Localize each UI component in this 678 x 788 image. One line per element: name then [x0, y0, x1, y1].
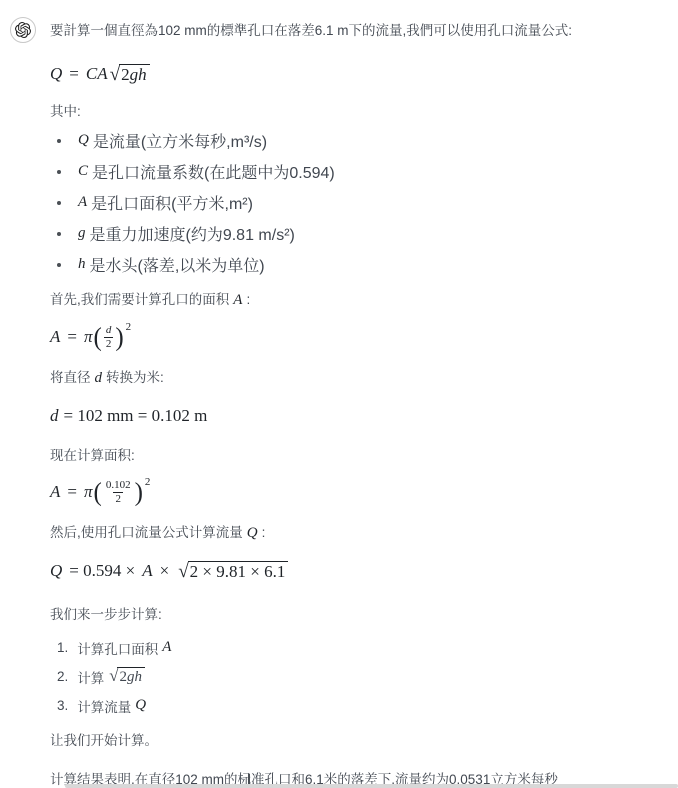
equals-sign: =	[67, 327, 77, 347]
math-var-q: Q	[50, 64, 62, 84]
conversion-expression: = 102 mm = 0.102 m	[64, 406, 208, 426]
math-var: Q	[78, 132, 89, 149]
radicand: 2 × 9.81 × 6.1	[188, 561, 289, 582]
exponent: 2	[145, 476, 151, 488]
assistant-message: 要計算一個直徑為102 mm的標準孔口在落差6.1 m下的流量,我們可以使用孔口…	[50, 14, 662, 788]
math-var-a: A	[50, 482, 60, 502]
right-paren: )	[135, 479, 143, 505]
pi-symbol: π	[84, 327, 93, 347]
step-item: 3. 计算流量 Q	[50, 695, 662, 716]
openai-logo-icon	[15, 22, 31, 38]
flow-coefficients: = 0.594 ×	[69, 561, 135, 581]
paragraph-text: 将直径	[50, 367, 91, 388]
step-item: 2. 计算 √ 2gh	[50, 666, 662, 687]
right-paren: )	[115, 324, 123, 350]
area-intro-paragraph: 首先,我们需要计算孔口的面积 A :	[50, 289, 662, 311]
bullet-dot	[57, 263, 61, 267]
math-var-ca: CA	[86, 64, 108, 84]
bullet-text: 是流量(立方米每秒,m³/s)	[93, 129, 267, 152]
where-label: 其中:	[50, 101, 662, 122]
horizontal-scrollbar[interactable]	[65, 784, 678, 788]
paragraph-text: :	[262, 522, 266, 543]
fraction-numerator: 0.102	[104, 479, 133, 492]
radicand: 2gh	[119, 64, 150, 85]
radicand: 2gh	[117, 667, 145, 686]
radical-icon: √	[109, 668, 118, 685]
fraction: 0.102 2	[104, 479, 133, 505]
formula-area-symbolic: A = π ( d 2 ) 2	[50, 319, 662, 355]
list-item: h 是水头(落差,以米为单位)	[50, 254, 662, 275]
step-text: 计算流量	[77, 696, 131, 716]
math-var-d: d	[50, 406, 59, 426]
fraction-numerator: d	[104, 324, 114, 337]
bullet-dot	[57, 170, 61, 174]
list-item: A 是孔口面积(平方米,m²)	[50, 192, 662, 213]
step-by-step-paragraph: 我们来一步步计算:	[50, 604, 662, 625]
formula-flow-numeric: Q = 0.594 × A × √ 2 × 9.81 × 6.1	[50, 558, 662, 584]
math-var: Q	[135, 697, 146, 714]
bullet-text: 是重力加速度(约为9.81 m/s²)	[90, 222, 295, 245]
bullet-text: 是孔口面积(平方米,m²)	[91, 191, 253, 214]
math-var: A	[233, 290, 242, 311]
left-paren: (	[94, 479, 102, 505]
radical-expression: √ 2gh	[109, 667, 145, 686]
calculation-steps-list: 1. 计算孔口面积 A 2. 计算 √ 2gh 3. 计算流量 Q	[50, 637, 662, 716]
math-var: Q	[247, 523, 258, 544]
convert-diameter-paragraph: 将直径 d 转换为米:	[50, 367, 662, 389]
radical-icon: √	[178, 562, 188, 581]
paragraph-text: 然后,使用孔口流量公式计算流量	[50, 522, 243, 543]
radical-expression: √ 2gh	[110, 64, 150, 85]
intro-paragraph: 要計算一個直徑為102 mm的標準孔口在落差6.1 m下的流量,我們可以使用孔口…	[50, 20, 662, 41]
step-number: 2.	[57, 669, 68, 684]
radical-expression: √ 2 × 9.81 × 6.1	[178, 561, 288, 582]
math-var: g	[78, 225, 86, 242]
list-item: Q 是流量(立方米每秒,m³/s)	[50, 130, 662, 151]
math-var-q: Q	[50, 561, 62, 581]
step-number: 1.	[57, 640, 68, 655]
bullet-text: 是水头(落差,以米为单位)	[90, 253, 265, 276]
math-var-d: d	[106, 324, 112, 336]
flow-formula-intro-paragraph: 然后,使用孔口流量公式计算流量 Q :	[50, 522, 662, 544]
paragraph-text: 首先,我们需要计算孔口的面积	[50, 289, 229, 310]
radicand-vars: gh	[130, 66, 147, 85]
list-item: C 是孔口流量系数(在此题中为0.594)	[50, 161, 662, 182]
assistant-avatar	[10, 17, 36, 43]
fraction-denominator: 2	[104, 337, 114, 351]
formula-orifice-flow: Q = CA √ 2gh	[50, 59, 662, 89]
math-var: A	[78, 194, 87, 211]
bullet-dot	[57, 232, 61, 236]
radicand-number: 2	[119, 669, 127, 686]
start-calculation-paragraph: 让我们开始计算。	[50, 730, 662, 751]
math-var-a: A	[50, 327, 60, 347]
times-sign: ×	[160, 561, 170, 581]
compute-area-paragraph: 现在计算面积:	[50, 445, 662, 466]
math-var: d	[95, 368, 103, 389]
bullet-dot	[57, 201, 61, 205]
fraction: d 2	[104, 324, 114, 350]
radicand-number: 2	[121, 66, 130, 85]
step-text: 计算孔口面积	[77, 638, 158, 658]
text-cursor	[248, 774, 250, 784]
math-var: h	[78, 256, 86, 273]
math-var: C	[78, 163, 88, 180]
step-item: 1. 计算孔口面积 A	[50, 637, 662, 658]
radicand-vars: gh	[127, 669, 142, 686]
paragraph-text: 转换为米:	[106, 367, 164, 388]
fraction-denominator: 2	[113, 492, 123, 506]
formula-diameter-conversion: d = 102 mm = 0.102 m	[50, 405, 662, 427]
exponent: 2	[126, 321, 132, 333]
variable-definition-list: Q 是流量(立方米每秒,m³/s) C 是孔口流量系数(在此题中为0.594) …	[50, 130, 662, 275]
list-item: g 是重力加速度(约为9.81 m/s²)	[50, 223, 662, 244]
equals-sign: =	[69, 64, 79, 84]
radical-icon: √	[110, 65, 120, 84]
formula-area-numeric: A = π ( 0.102 2 ) 2	[50, 474, 662, 510]
paragraph-text: :	[246, 289, 250, 310]
left-paren: (	[94, 324, 102, 350]
pi-symbol: π	[84, 482, 93, 502]
equals-sign: =	[67, 482, 77, 502]
step-text: 计算	[77, 667, 104, 687]
bullet-dot	[57, 139, 61, 143]
math-var: A	[162, 639, 171, 656]
bullet-text: 是孔口流量系数(在此题中为0.594)	[92, 160, 335, 183]
step-number: 3.	[57, 698, 68, 713]
math-var-a: A	[142, 561, 152, 581]
